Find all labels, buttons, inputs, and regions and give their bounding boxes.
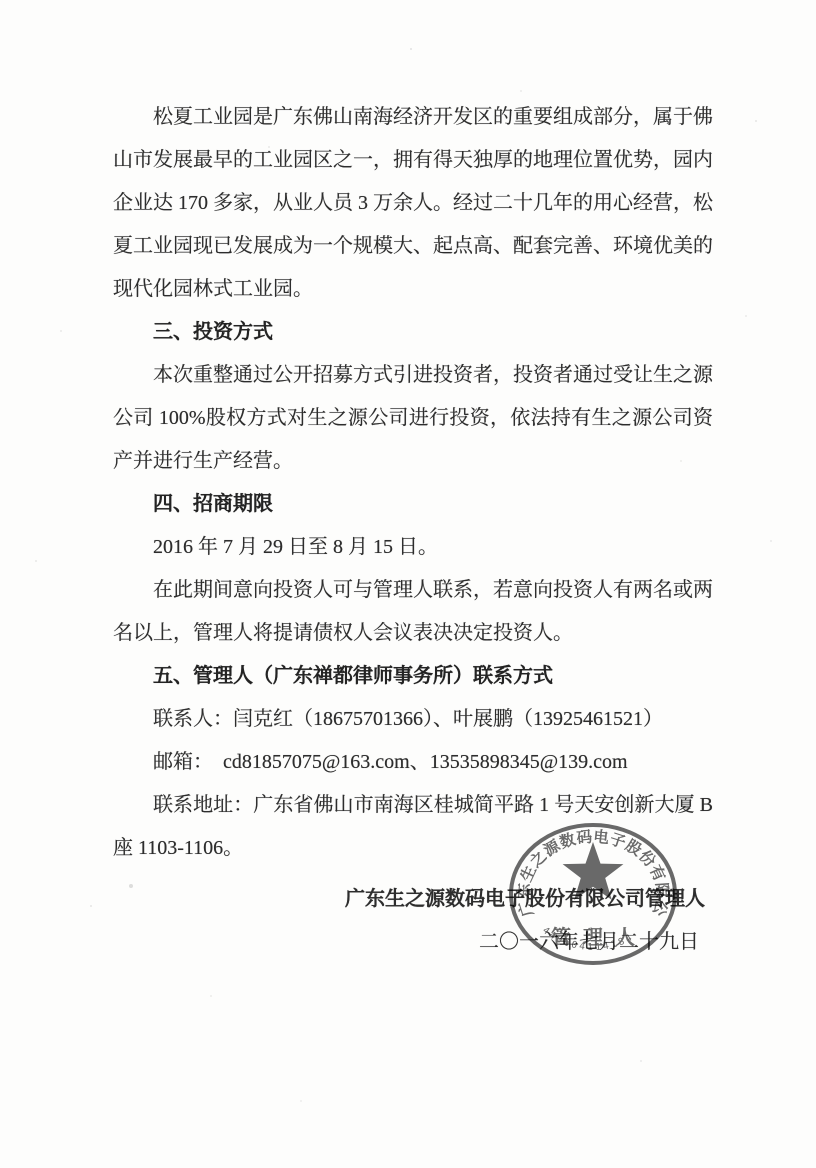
section-3-heading: 三、投资方式 <box>113 311 713 354</box>
section-4-heading: 四、招商期限 <box>113 483 713 526</box>
section-3-line: 公司 100%股权方式对生之源公司进行投资，依法持有生之源公司资 <box>113 397 713 440</box>
intro-line: 山市发展最早的工业园区之一，拥有得天独厚的地理位置优势，园内 <box>113 139 713 182</box>
intro-line: 松夏工业园是广东佛山南海经济开发区的重要组成部分，属于佛 <box>113 96 713 139</box>
section-5-heading: 五、管理人（广东禅都律师事务所）联系方式 <box>113 655 713 698</box>
star-icon <box>563 842 624 900</box>
section-4-period: 2016 年 7 月 29 日至 8 月 15 日。 <box>113 526 713 569</box>
section-4-line: 名以上，管理人将提请债权人会议表决决定投资人。 <box>113 612 713 655</box>
section-3-line: 产并进行生产经营。 <box>113 440 713 483</box>
contact-persons-line: 联系人：闫克红（18675701366）、叶展鹏（13925461521） <box>113 698 713 741</box>
section-3-line: 本次重整通过公开招募方式引进投资者，投资者通过受让生之源 <box>113 354 713 397</box>
section-4-line: 在此期间意向投资人可与管理人联系，若意向投资人有两名或两 <box>113 569 713 612</box>
scanned-document-page: 松夏工业园是广东佛山南海经济开发区的重要组成部分，属于佛 山市发展最早的工业园区… <box>0 0 816 1168</box>
email-line: 邮箱： cd81857075@163.com、13535898345@139.c… <box>113 741 713 784</box>
intro-line: 企业达 170 多家，从业人员 3 万余人。经过二十几年的用心经营，松 <box>113 182 713 225</box>
intro-line: 现代化园林式工业园。 <box>113 268 713 311</box>
scan-noise <box>0 0 2 2</box>
intro-line: 夏工业园现已发展成为一个规模大、起点高、配套完善、环境优美的 <box>113 225 713 268</box>
company-seal: 广东生之源数码电子股份有限公司 管理人 440604114184 <box>506 820 680 968</box>
seal-graphics: 广东生之源数码电子股份有限公司 管理人 440604114184 <box>506 820 675 963</box>
